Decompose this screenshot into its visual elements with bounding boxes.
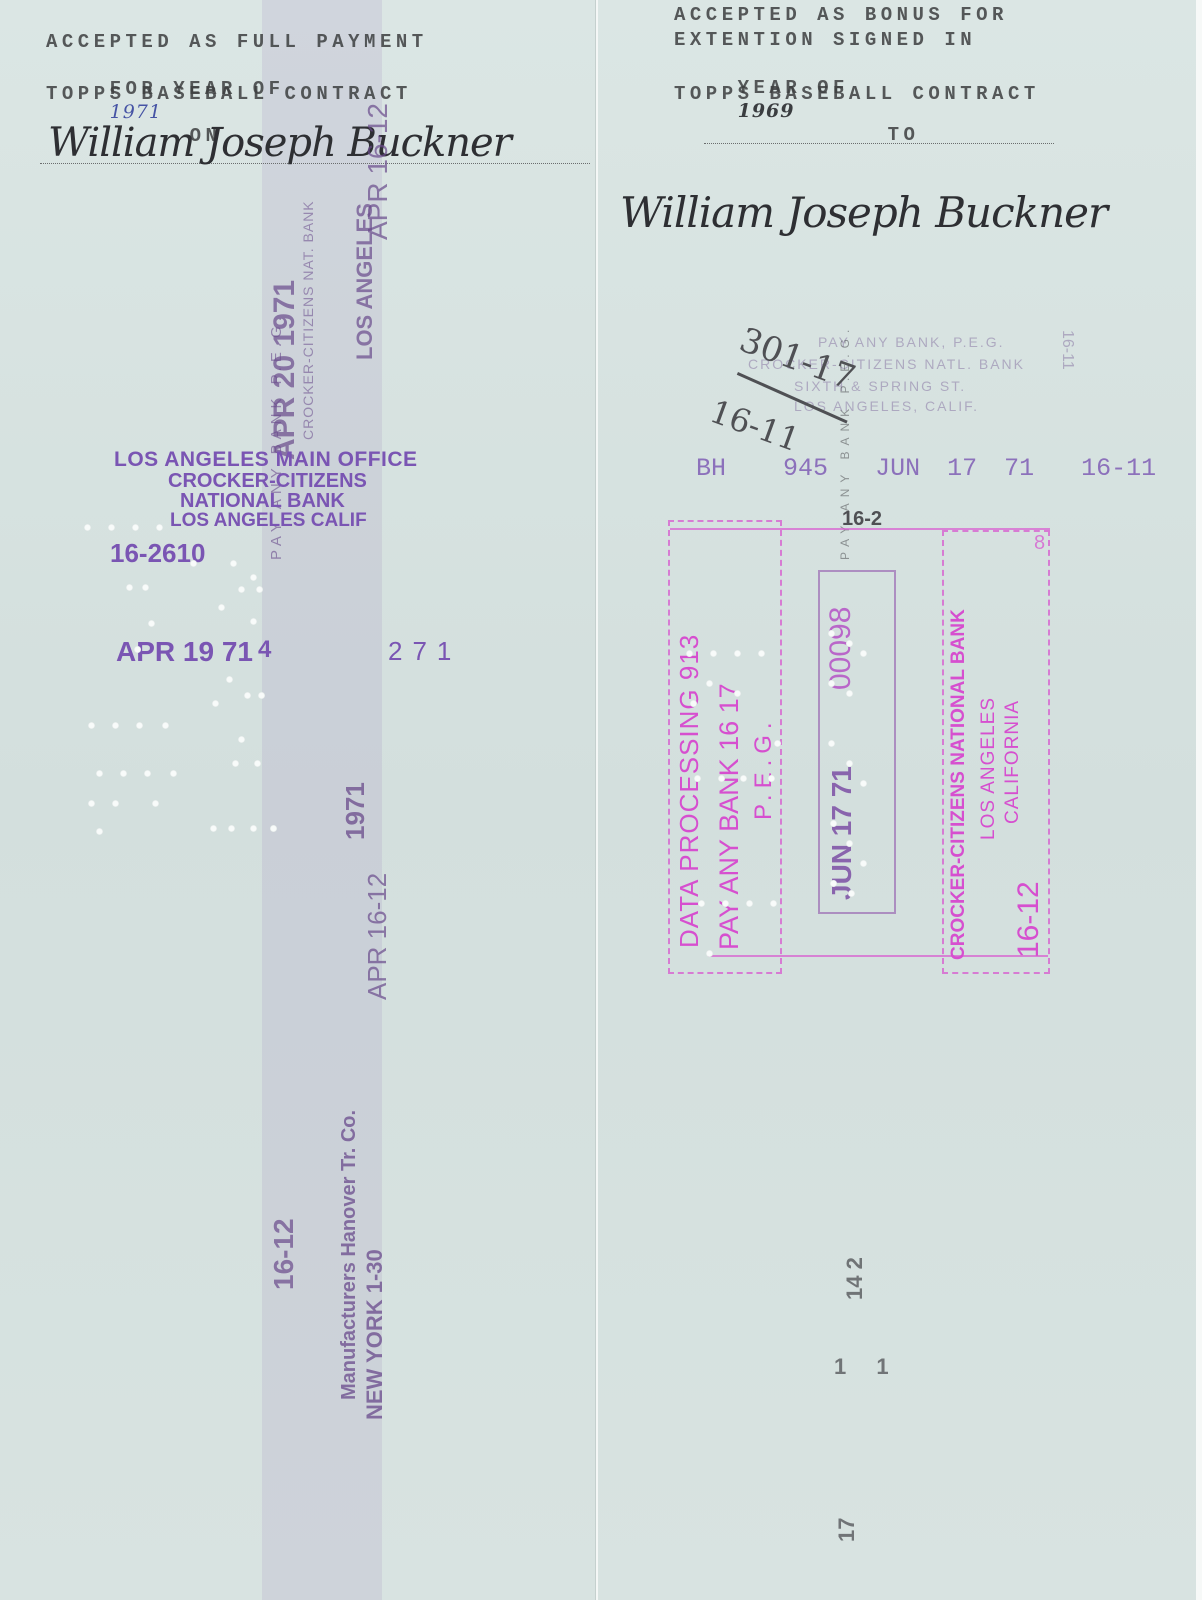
perforation-hole — [830, 880, 837, 887]
vertical-stamp-left-7: APR 16-12 — [362, 873, 393, 1000]
check-back-left: ACCEPTED AS FULL PAYMENT FOR YEAR OF 197… — [0, 0, 596, 1600]
perforation-hole — [686, 650, 693, 657]
perforation-hole — [860, 780, 867, 787]
faded-stamp-side-routing: 16-11 — [1058, 330, 1076, 370]
perforation-hole — [250, 574, 257, 581]
perforation-hole — [740, 775, 747, 782]
vertical-stamp-left-2: CROCKER-CITIZENS NAT. BANK — [300, 200, 316, 440]
perforation-hole — [210, 825, 217, 832]
perforation-hole — [828, 630, 835, 637]
bank-box-routing: 16-12 — [1012, 881, 1046, 958]
perforation-hole — [828, 680, 835, 687]
perforation-hole — [690, 700, 697, 707]
perforation-hole — [190, 560, 197, 567]
perforation-hole — [132, 524, 139, 531]
signature-line — [704, 143, 1054, 144]
perforation-hole — [846, 640, 853, 647]
vertical-stamp-left-4: APR 20 1971 — [268, 280, 302, 460]
date-line: BH 945 JUN 17 71 16-11 — [696, 454, 1156, 483]
perforation-hole — [250, 825, 257, 832]
perforation-hole — [108, 524, 115, 531]
handwritten-routing-bottom: 16-11 — [705, 392, 805, 459]
perforation-hole — [270, 825, 277, 832]
perforation-hole — [84, 524, 91, 531]
perforation-hole — [250, 618, 257, 625]
bank-box-line-2: LOS ANGELES — [978, 697, 1000, 840]
bank-stamp-trailing: 271 — [388, 636, 461, 667]
perforation-hole — [162, 722, 169, 729]
perforation-hole — [112, 722, 119, 729]
check-back-right: ACCEPTED AS BONUS FOR EXTENTION SIGNED I… — [598, 0, 1196, 1600]
perforation-hole — [758, 650, 765, 657]
endorsement-line-1: ACCEPTED AS BONUS FOR — [674, 4, 1008, 27]
perforation-hole — [120, 770, 127, 777]
endorsement-line-1: ACCEPTED AS FULL PAYMENT — [46, 31, 428, 54]
perforation-hole — [134, 646, 141, 653]
perforation-hole — [734, 650, 741, 657]
vertical-mark-1: 14 2 — [842, 1257, 868, 1300]
signature: William Joseph Buckner — [620, 188, 1107, 237]
perforation-hole — [126, 584, 133, 591]
bank-box-line-3: CALIFORNIA — [1002, 700, 1024, 824]
perforation-hole — [88, 722, 95, 729]
endorsement-line-2: EXTENTION SIGNED IN — [674, 29, 976, 52]
perforation-hole — [228, 825, 235, 832]
endorsement-line-3: TOPPS BASEBALL CONTRACT — [46, 83, 412, 106]
perforation-hole — [218, 604, 225, 611]
date-line-prefix: BH — [696, 454, 726, 483]
perforation-hole — [244, 692, 251, 699]
signature: William Joseph Buckner — [48, 120, 511, 166]
perforation-hole — [694, 775, 701, 782]
perforation-hole — [256, 586, 263, 593]
perforation-hole — [846, 690, 853, 697]
perforation-hole — [156, 524, 163, 531]
perforation-hole — [96, 828, 103, 835]
perforation-hole — [828, 740, 835, 747]
perforation-hole — [152, 800, 159, 807]
perforation-hole — [710, 650, 717, 657]
data-processing-line-2: PAY ANY BANK 16 17 — [714, 683, 745, 950]
perforation-hole — [718, 775, 725, 782]
data-processing-line-3: P.E.G. — [750, 716, 778, 820]
perforation-hole — [88, 800, 95, 807]
perforation-hole — [170, 770, 177, 777]
perforation-hole — [232, 760, 239, 767]
magenta-rule-lower — [708, 955, 1048, 957]
perforation-hole — [226, 676, 233, 683]
perforation-hole — [238, 586, 245, 593]
perforation-hole — [846, 760, 853, 767]
bank-stamp-line-1: LOS ANGELES MAIN OFFICE — [114, 448, 418, 472]
vertical-stamp-left-5: Manufacturers Hanover Tr. Co. — [338, 1110, 361, 1400]
perforation-hole — [830, 820, 837, 827]
endorsement-line-3: YEAR OF 1969 TO — [674, 54, 919, 170]
perforation-hole — [238, 736, 245, 743]
bank-box-line-1: CROCKER-CITIZENS NATIONAL BANK — [948, 609, 970, 960]
date-line-number: 945 — [783, 454, 828, 483]
bank-stamp-line-4: LOS ANGELES CALIF — [170, 510, 367, 532]
perforation-hole — [768, 775, 775, 782]
date-line-routing: 16-11 — [1081, 454, 1156, 483]
perforation-hole — [698, 900, 705, 907]
perforation-hole — [212, 700, 219, 707]
perforation-hole — [254, 760, 261, 767]
vertical-mark-3: 17 — [834, 1518, 860, 1542]
perforation-hole — [706, 680, 713, 687]
perforation-hole — [848, 890, 855, 897]
endorsement-line-4: TOPPS BASEBALL CONTRACT — [674, 83, 1040, 106]
perforation-hole — [860, 650, 867, 657]
perforation-hole — [112, 800, 119, 807]
bank-box-corner: 8 — [1034, 532, 1045, 555]
perforation-hole — [136, 722, 143, 729]
perforation-hole — [734, 690, 741, 697]
vertical-stamp-left-10: APR 16-12 — [362, 103, 394, 240]
perforation-hole — [722, 900, 729, 907]
bank-stamp-date-suffix: 4 — [258, 636, 271, 664]
perforation-hole — [258, 692, 265, 699]
date-box-number: 00098 — [824, 607, 858, 690]
date-line-date: JUN 17 71 — [875, 454, 1034, 483]
perforation-hole — [148, 620, 155, 627]
perforation-hole — [230, 560, 237, 567]
perforation-hole — [746, 900, 753, 907]
perforation-hole — [770, 900, 777, 907]
vertical-stamp-left-6: NEW YORK 1-30 — [362, 1249, 388, 1420]
perforation-hole — [96, 770, 103, 777]
perforation-hole — [144, 770, 151, 777]
perforation-hole — [142, 584, 149, 591]
page-edge — [1196, 0, 1202, 1600]
perforation-hole — [774, 740, 781, 747]
vertical-stamp-left-8: 16-12 — [268, 1218, 300, 1290]
perforation-hole — [706, 950, 713, 957]
vertical-stamp-left-9: 1971 — [340, 782, 371, 840]
perforation-hole — [846, 840, 853, 847]
vertical-mark-2: 1 1 — [834, 1354, 901, 1380]
perforation-hole — [860, 860, 867, 867]
